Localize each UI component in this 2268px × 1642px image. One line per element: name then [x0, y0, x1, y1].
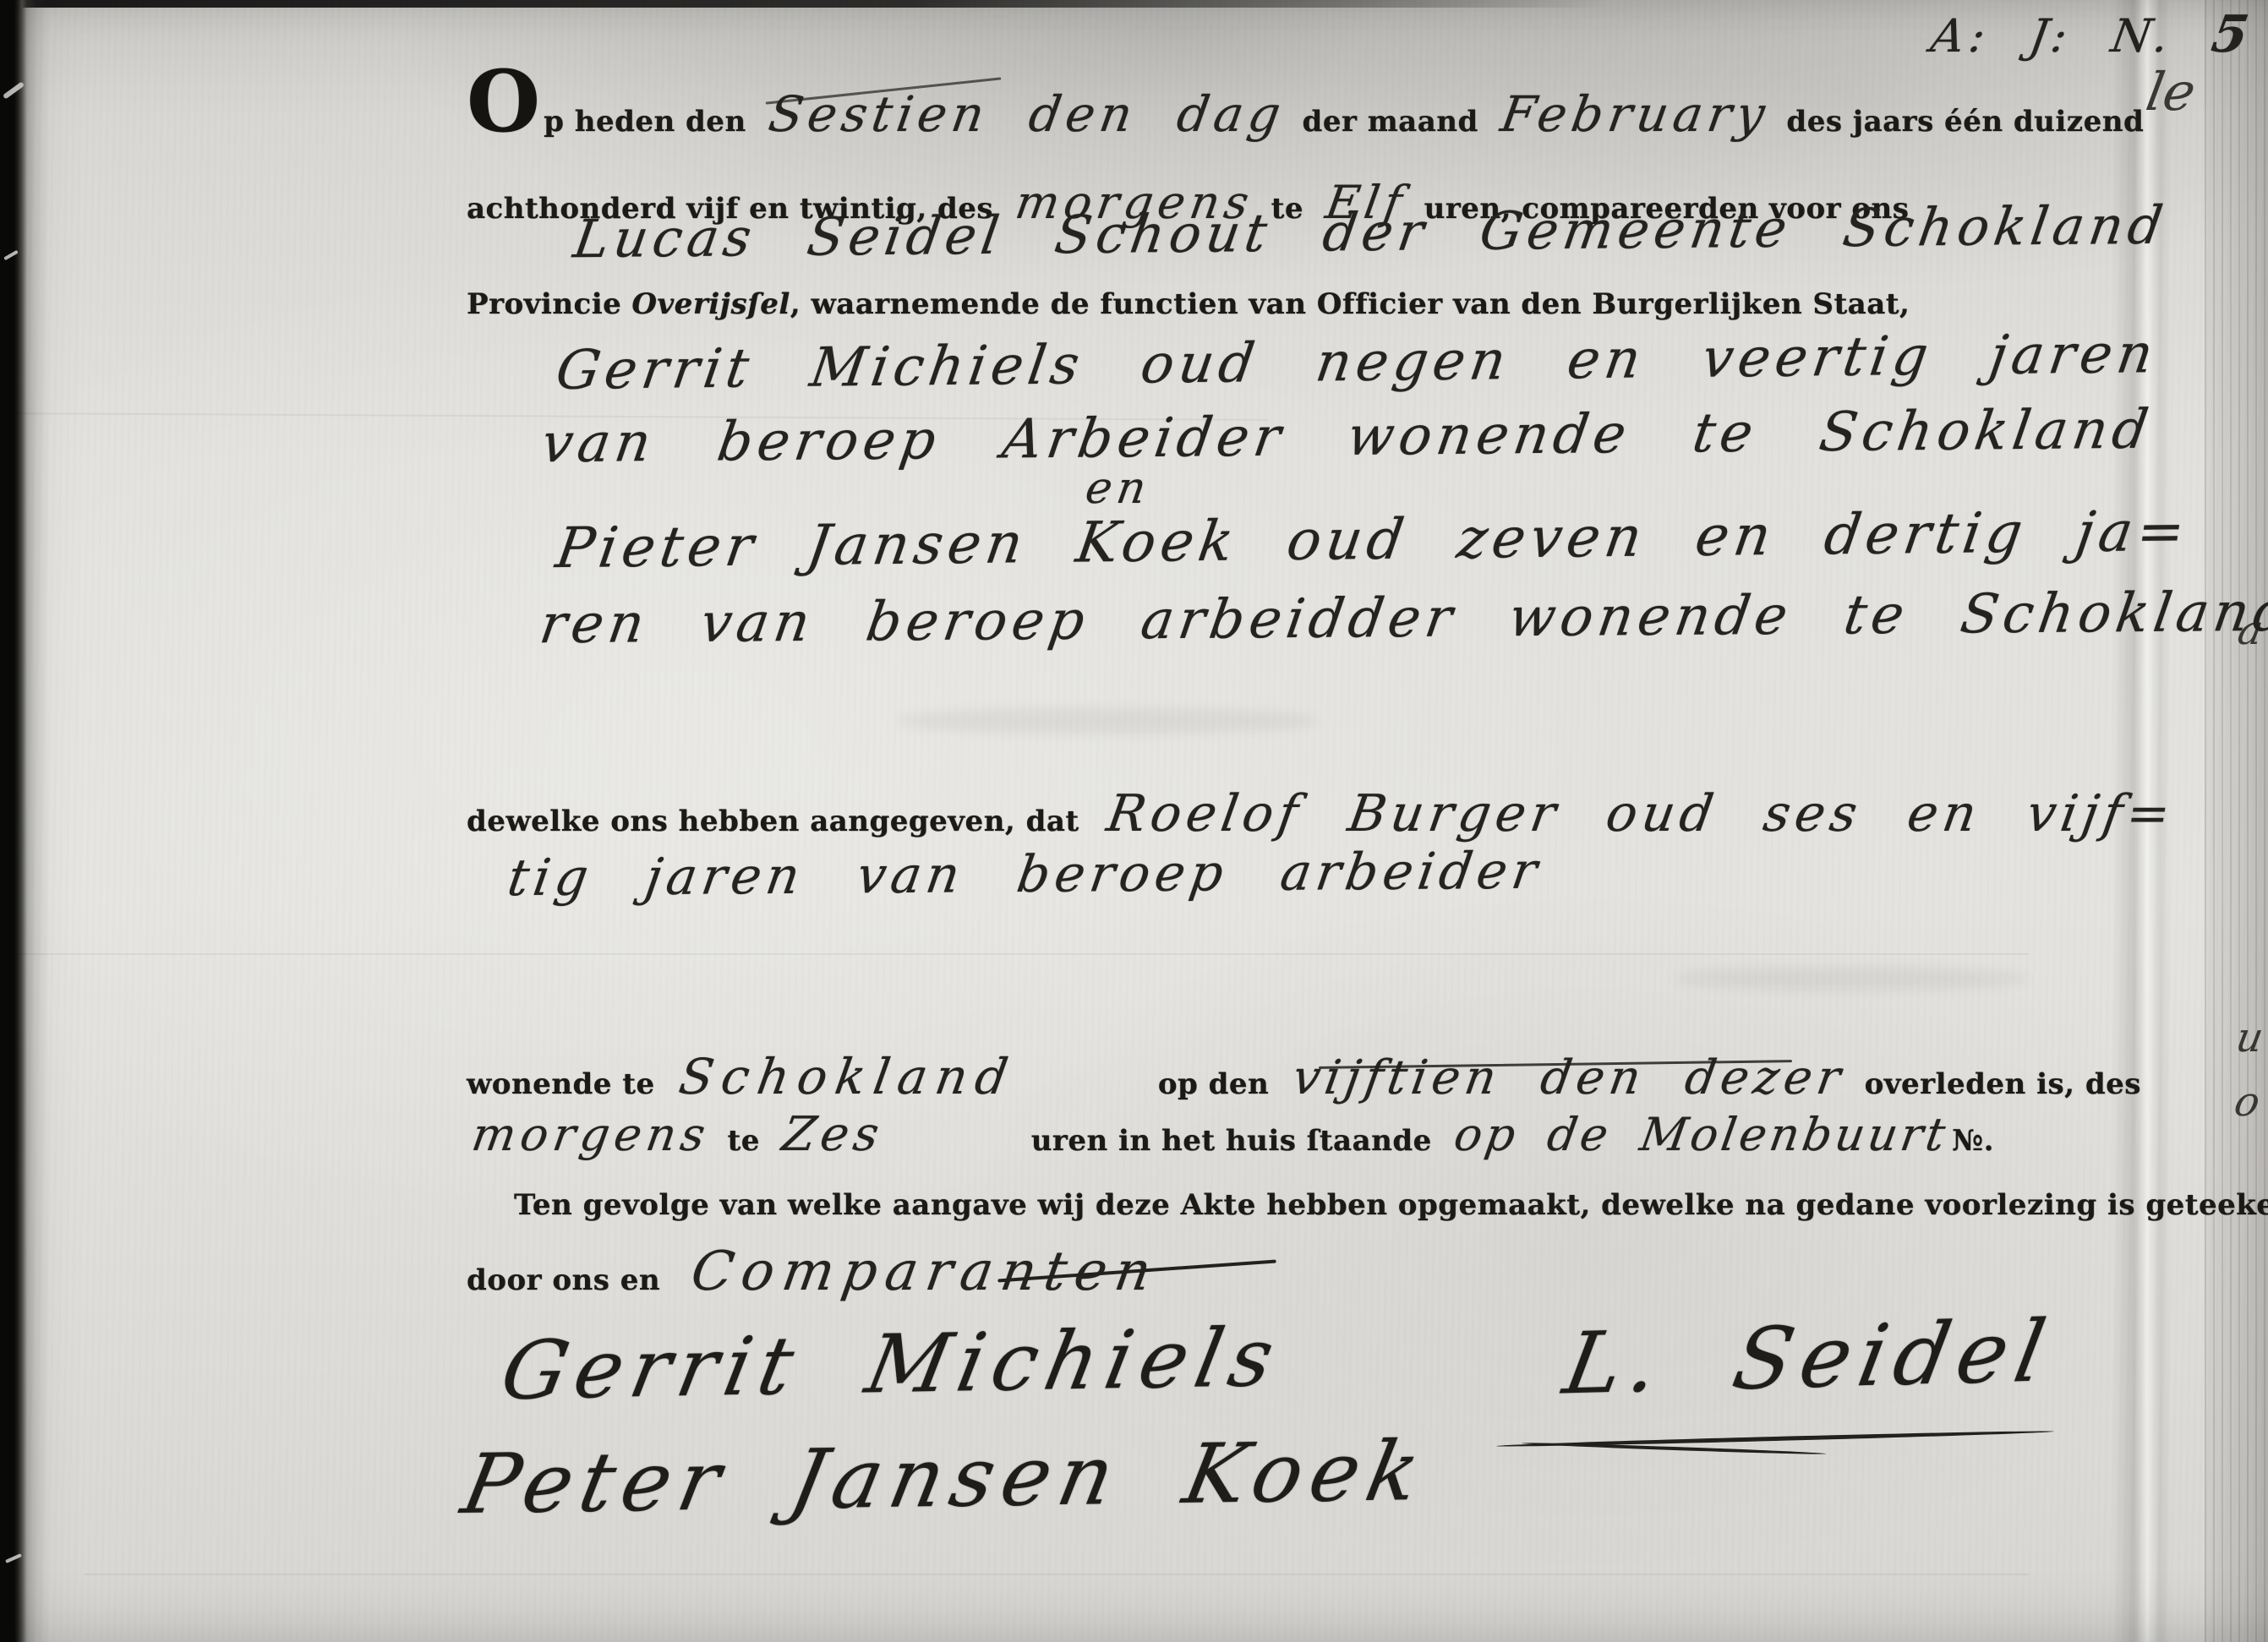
signature-flourish: [1496, 1429, 2054, 1448]
record-number: 5: [2208, 5, 2258, 64]
printed-text: , waarnemende de functien van Officier v…: [790, 287, 1910, 321]
printed-text: door ons en: [467, 1263, 660, 1297]
closing-line-1: Ten gevolge van welke aangave wij deze A…: [514, 1188, 2268, 1222]
printed-text: te: [728, 1124, 760, 1158]
province-line: Provincie Overijsſel , waarnemende de fu…: [467, 287, 1910, 321]
printed-text: der maand: [1303, 105, 1478, 139]
printed-text: op den: [1158, 1067, 1269, 1101]
handwritten-witness2: Pieter Jansen Koek oud zeven en dertig j…: [552, 499, 2194, 581]
handwritten-signature: L. Seidel: [1557, 1301, 2061, 1414]
declaration-line-1: dewelke ons hebben aangegeven, dat Roelo…: [467, 784, 2172, 843]
handwritten-en: en: [1082, 463, 1155, 514]
printed-text: dewelke ons hebben aangegeven, dat: [467, 805, 1079, 838]
handwritten-address: op de Molenbuurt: [1451, 1108, 1952, 1161]
handwritten-comparanten: Comparanten: [687, 1241, 1164, 1303]
death-record-scan: A: J: N. 5 le a u o O p heden den Sestie…: [0, 0, 2268, 1642]
printed-text: wonende te: [467, 1067, 655, 1101]
drop-cap-O: O: [467, 71, 540, 132]
handwritten-deceased-details: tig jaren van beroep arbeider: [504, 842, 1546, 908]
witness1-line-2: van beroep Arbeider wonende te Schokland: [539, 399, 2150, 476]
handwritten-deceased-name: Roelof Burger oud ses en vijf=: [1102, 784, 2178, 843]
ink-bleed-smudge: [1674, 968, 2029, 990]
opening-line-1: O p heden den Sestien den dag der maand …: [467, 71, 2144, 143]
printed-text: Ten gevolge van welke aangave wij deze A…: [514, 1188, 2268, 1222]
closing-line-2: door ons en Comparanten: [467, 1241, 1156, 1303]
handwritten-official-name: Lucas Seidel Schout der Gemeente Schokla…: [570, 194, 2172, 270]
handwritten-death-date: vijftien den dezer: [1289, 1050, 1850, 1105]
handwritten-signature: Peter Jansen Koek: [455, 1423, 1435, 1532]
binding-scratch: [3, 250, 19, 260]
printed-text: overleden is, des: [1865, 1067, 2141, 1101]
handwritten-witness2-continued: ren van beroep arbeidder wonende te Scho…: [536, 581, 2268, 657]
handwritten-witness1-continued: van beroep Arbeider wonende te Schokland: [538, 399, 2157, 476]
witness2-line-1: Pieter Jansen Koek oud zeven en dertig j…: [554, 499, 2187, 581]
handwritten-day: Sestien den dag: [765, 85, 1290, 143]
signature-witness1: Gerrit Michiels: [496, 1312, 1275, 1418]
conjunction-line: en: [1084, 463, 1148, 514]
adjacent-page-edge: [2205, 0, 2268, 1642]
signature-official: L. Seidel: [1559, 1301, 2047, 1413]
witness2-line-2: ren van beroep arbeidder wonende te Scho…: [538, 581, 2268, 656]
ink-bleed-smudge: [896, 708, 1319, 734]
scan-left-binding-edge: [0, 0, 49, 1642]
printed-text: Provincie: [467, 287, 621, 321]
binding-scratch: [3, 81, 25, 99]
handwritten-witness1: Gerrit Michiels oud negen en veertig jar…: [552, 323, 2161, 402]
binding-scratch: [5, 1553, 22, 1563]
edge-fragment: u: [2232, 1014, 2267, 1061]
edge-fragment: o: [2231, 1078, 2264, 1126]
paper-crease: [85, 1574, 2029, 1575]
witness1-line-1: Gerrit Michiels oud negen en veertig jar…: [554, 323, 2155, 402]
handwritten-signature: Gerrit Michiels: [494, 1312, 1289, 1418]
printed-text: des jaars één duizend: [1786, 105, 2144, 139]
handwritten-daypart: morgens: [468, 1108, 714, 1161]
handwritten-month: February: [1497, 85, 1773, 143]
printed-text: p heden den: [544, 105, 746, 139]
handwritten-place: Schokland: [675, 1048, 1019, 1105]
printed-province-name: Overijsſel: [631, 287, 790, 321]
handwritten-hour: Zes: [779, 1107, 888, 1162]
paper-crease: [0, 953, 2029, 955]
residence-line: wonende te Schokland op den vijftien den…: [467, 1048, 2141, 1105]
signature-witness2: Peter Jansen Koek: [457, 1423, 1420, 1532]
edge-fragment: le: [2142, 61, 2200, 123]
scan-top-edge: [0, 0, 1657, 8]
official-name-line: Lucas Seidel Schout der Gemeente Schokla…: [571, 194, 2165, 270]
printed-number-label: №.: [1952, 1124, 1994, 1158]
annotation-initials: A: J: N.: [1927, 9, 2178, 63]
declaration-line-2: tig jaren van beroep arbeider: [506, 842, 1539, 908]
record-number-annotation: A: J: N. 5: [1929, 5, 2250, 64]
printed-text: uren in het huis ſtaande: [1031, 1124, 1432, 1158]
signature-flourish: [1522, 1442, 1826, 1456]
time-line: morgens te Zes uren in het huis ſtaande …: [470, 1107, 1994, 1162]
